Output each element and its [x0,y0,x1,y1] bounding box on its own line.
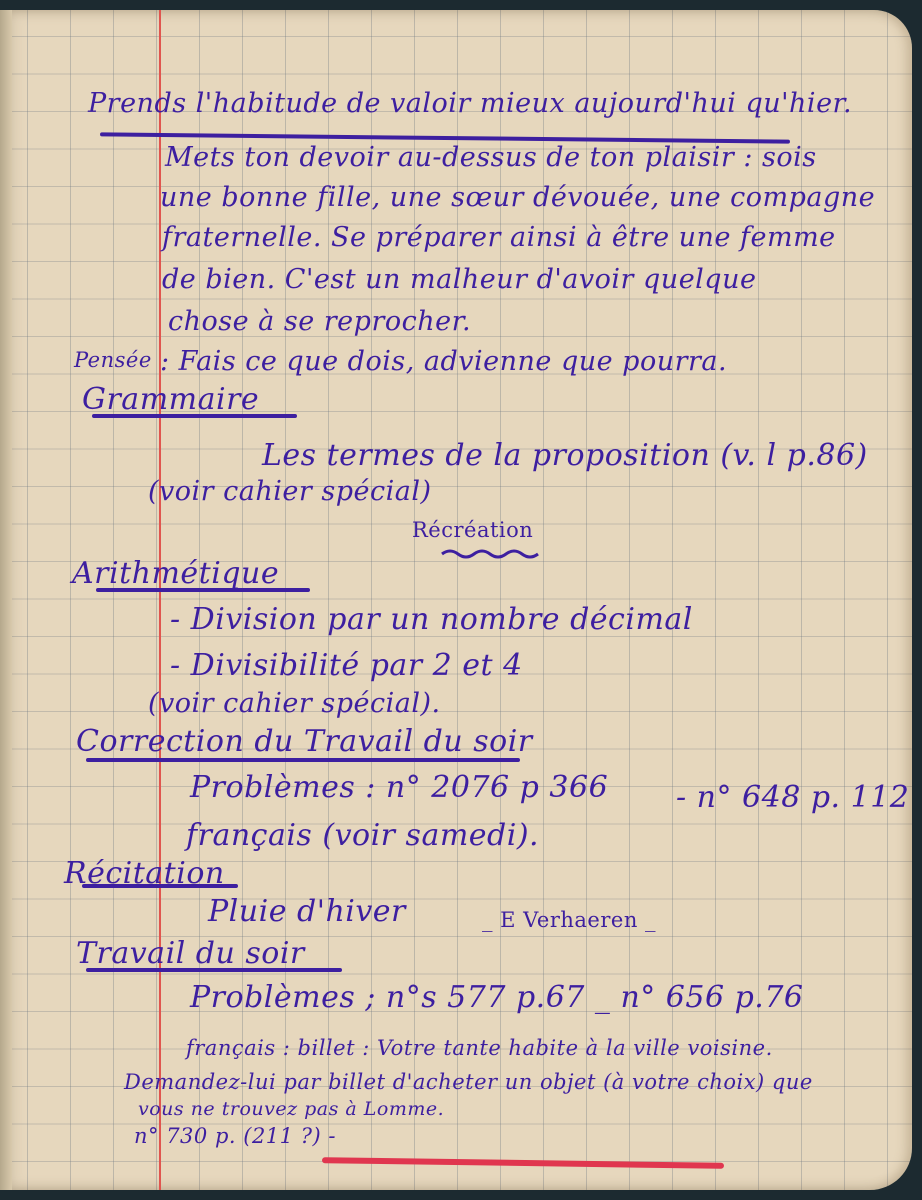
grammaire-line-1: Les termes de la proposition (v. l p.86) [262,438,868,473]
recitation-author: _ E Verhaeren _ [482,908,656,932]
correction-line-2: - n° 648 p. 112 [676,780,909,815]
wavy-underline-icon [440,546,540,560]
recitation-underline [82,884,238,888]
travail-line-4: vous ne trouvez pas à Lomme. [138,1098,444,1120]
travail-line-3: Demandez-lui par billet d'acheter un obj… [124,1070,813,1094]
motto-line-3: fraternelle. Se préparer ainsi à être un… [162,222,836,253]
grammaire-underline [92,414,297,418]
motto-line-2: une bonne fille, une sœur dévouée, une c… [160,182,875,213]
arithmetique-line-3: (voir cahier spécial). [148,688,441,719]
motto-line-1: Mets ton devoir au-dessus de ton plaisir… [165,142,817,173]
page-binding-edge [0,10,12,1190]
correction-line-3: français (voir samedi). [186,818,539,853]
travail-du-soir-heading: Travail du soir [76,936,305,971]
travail-line-1: Problèmes ; n°s 577 p.67 _ n° 656 p.76 [190,980,804,1015]
travail-line-2: français : billet : Votre tante habite à… [186,1036,773,1060]
arithmetique-line-2: - Divisibilité par 2 et 4 [170,648,523,683]
motto-line-5: chose à se reprocher. [168,306,471,337]
pensee-label: Pensée [74,348,152,372]
arithmetique-underline [96,588,310,592]
motto-title: Prends l'habitude de valoir mieux aujour… [88,88,852,119]
motto-line-4: de bien. C'est un malheur d'avoir quelqu… [162,264,756,295]
correction-line-1: Problèmes : n° 2076 p 366 [190,770,608,805]
correction-underline [86,758,520,762]
travail-line-5: n° 730 p. (211 ?) - [134,1124,336,1148]
recitation-poem: Pluie d'hiver [208,894,406,929]
pensee-text: : Fais ce que dois, advienne que pourra. [160,346,727,377]
grammaire-line-2: (voir cahier spécial) [148,476,432,507]
travail-du-soir-underline [86,968,342,972]
correction-heading: Correction du Travail du soir [76,724,533,759]
arithmetique-heading: Arithmétique [72,556,279,591]
red-end-underline [322,1157,724,1169]
notebook-page: Prends l'habitude de valoir mieux aujour… [0,10,912,1190]
grammaire-heading: Grammaire [82,382,259,417]
recreation-break-label: Récréation [412,518,533,542]
arithmetique-line-1: - Division par un nombre décimal [170,602,693,637]
